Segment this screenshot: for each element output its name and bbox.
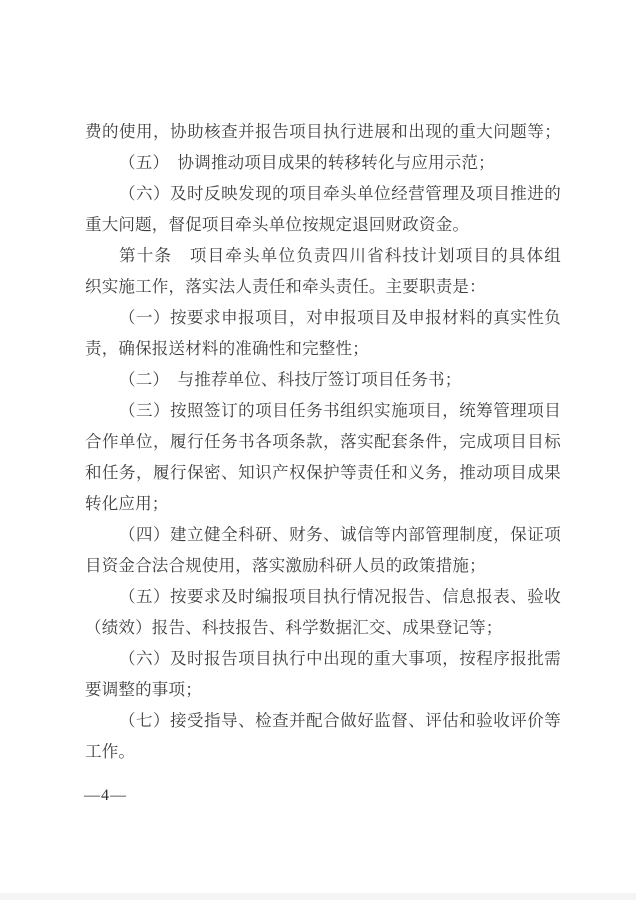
text-line: 合作单位，履行任务书各项条款，落实配套条件，完成项目目标: [85, 426, 561, 457]
text-line: 目资金合法合规使用，落实激励科研人员的政策措施；: [85, 550, 561, 581]
text-line: （五）按要求及时编报项目执行情况报告、信息报表、验收: [85, 581, 561, 612]
text-line: 责，确保报送材料的准确性和完整性；: [85, 333, 561, 364]
text-line: 第十条 项目牵头单位负责四川省科技计划项目的具体组: [85, 240, 561, 271]
text-line: （三）按照签订的项目任务书组织实施项目，统筹管理项目: [85, 395, 561, 426]
page-bottom-edge: [0, 893, 636, 900]
text-line: （七）接受指导、检查并配合做好监督、评估和验收评价等: [85, 705, 561, 736]
document-page: 费的使用，协助核查并报告项目执行进展和出现的重大问题等；（五） 协调推动项目成果…: [0, 0, 636, 900]
text-line: （六）及时报告项目执行中出现的重大事项，按程序报批需: [85, 643, 561, 674]
text-line: 织实施工作，落实法人责任和牵头责任。主要职责是：: [85, 271, 561, 302]
text-line: （二） 与推荐单位、科技厅签订项目任务书；: [85, 364, 561, 395]
text-line: （五） 协调推动项目成果的转移转化与应用示范；: [85, 147, 561, 178]
text-line: （四）建立健全科研、财务、诚信等内部管理制度，保证项: [85, 519, 561, 550]
document-text: 费的使用，协助核查并报告项目执行进展和出现的重大问题等；（五） 协调推动项目成果…: [85, 116, 561, 767]
text-line: 和任务，履行保密、知识产权保护等责任和义务，推动项目成果: [85, 457, 561, 488]
text-line: 要调整的事项；: [85, 674, 561, 705]
text-line: 转化应用；: [85, 488, 561, 519]
text-line: （一）按要求申报项目，对申报项目及申报材料的真实性负: [85, 302, 561, 333]
text-line: 工作。: [85, 736, 561, 767]
text-line: （绩效）报告、科技报告、科学数据汇交、成果登记等；: [85, 612, 561, 643]
text-line: 费的使用，协助核查并报告项目执行进展和出现的重大问题等；: [85, 116, 561, 147]
text-line: 重大问题，督促项目牵头单位按规定退回财政资金。: [85, 209, 561, 240]
page-number: —4—: [84, 784, 127, 808]
text-line: （六）及时反映发现的项目牵头单位经营管理及项目推进的: [85, 178, 561, 209]
